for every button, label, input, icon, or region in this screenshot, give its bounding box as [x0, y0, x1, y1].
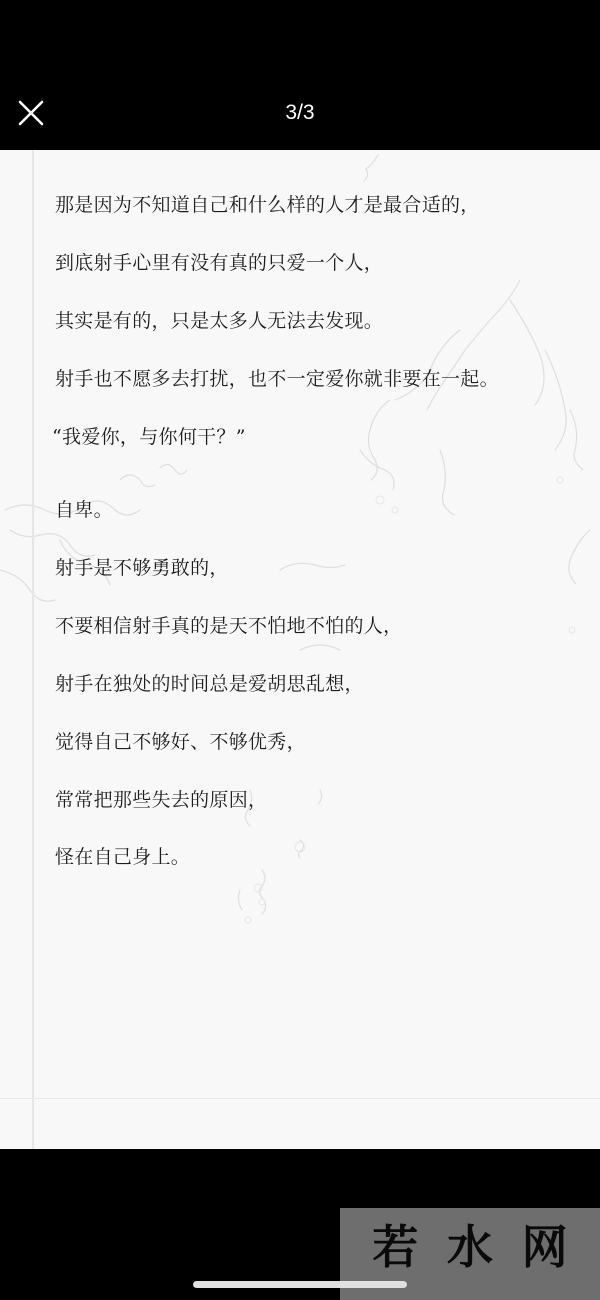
text-line: 其实是有的，只是太多人无法去发现。: [55, 309, 383, 333]
text-line: 自卑。: [55, 498, 113, 522]
page-counter: 3/3: [0, 100, 600, 126]
watermark-char: 网: [522, 1222, 568, 1272]
text-line: 不要相信射手真的是天不怕地不怕的人，: [55, 614, 402, 638]
page-bottom-rule: [0, 1098, 600, 1099]
watermark-char: 水: [447, 1222, 493, 1272]
watermark-char: 若: [372, 1222, 418, 1272]
text-line: 怪在自己身上。: [55, 845, 190, 869]
text-line: 射手也不愿多去打扰，也不一定爱你就非要在一起。: [55, 367, 499, 391]
home-indicator[interactable]: [193, 1281, 407, 1288]
image-page[interactable]: 那是因为不知道自己和什么样的人才是最合适的， 到底射手心里有没有真的只爱一个人，…: [0, 150, 600, 1149]
map-sketch-decoration: [0, 150, 600, 1149]
text-line: 觉得自己不够好、不够优秀，: [55, 730, 306, 754]
text-line: 到底射手心里有没有真的只爱一个人，: [55, 251, 383, 275]
viewer-header: 3/3: [0, 0, 600, 150]
text-line: 那是因为不知道自己和什么样的人才是最合适的，: [55, 193, 480, 217]
text-line: 常常把那些失去的原因，: [55, 788, 267, 812]
text-line: “我爱你，与你何干？”: [52, 425, 246, 449]
page-margin-line: [32, 150, 34, 1149]
text-line: 射手在独处的时间总是爱胡思乱想，: [55, 672, 364, 696]
text-line: 射手是不够勇敢的，: [55, 556, 229, 580]
